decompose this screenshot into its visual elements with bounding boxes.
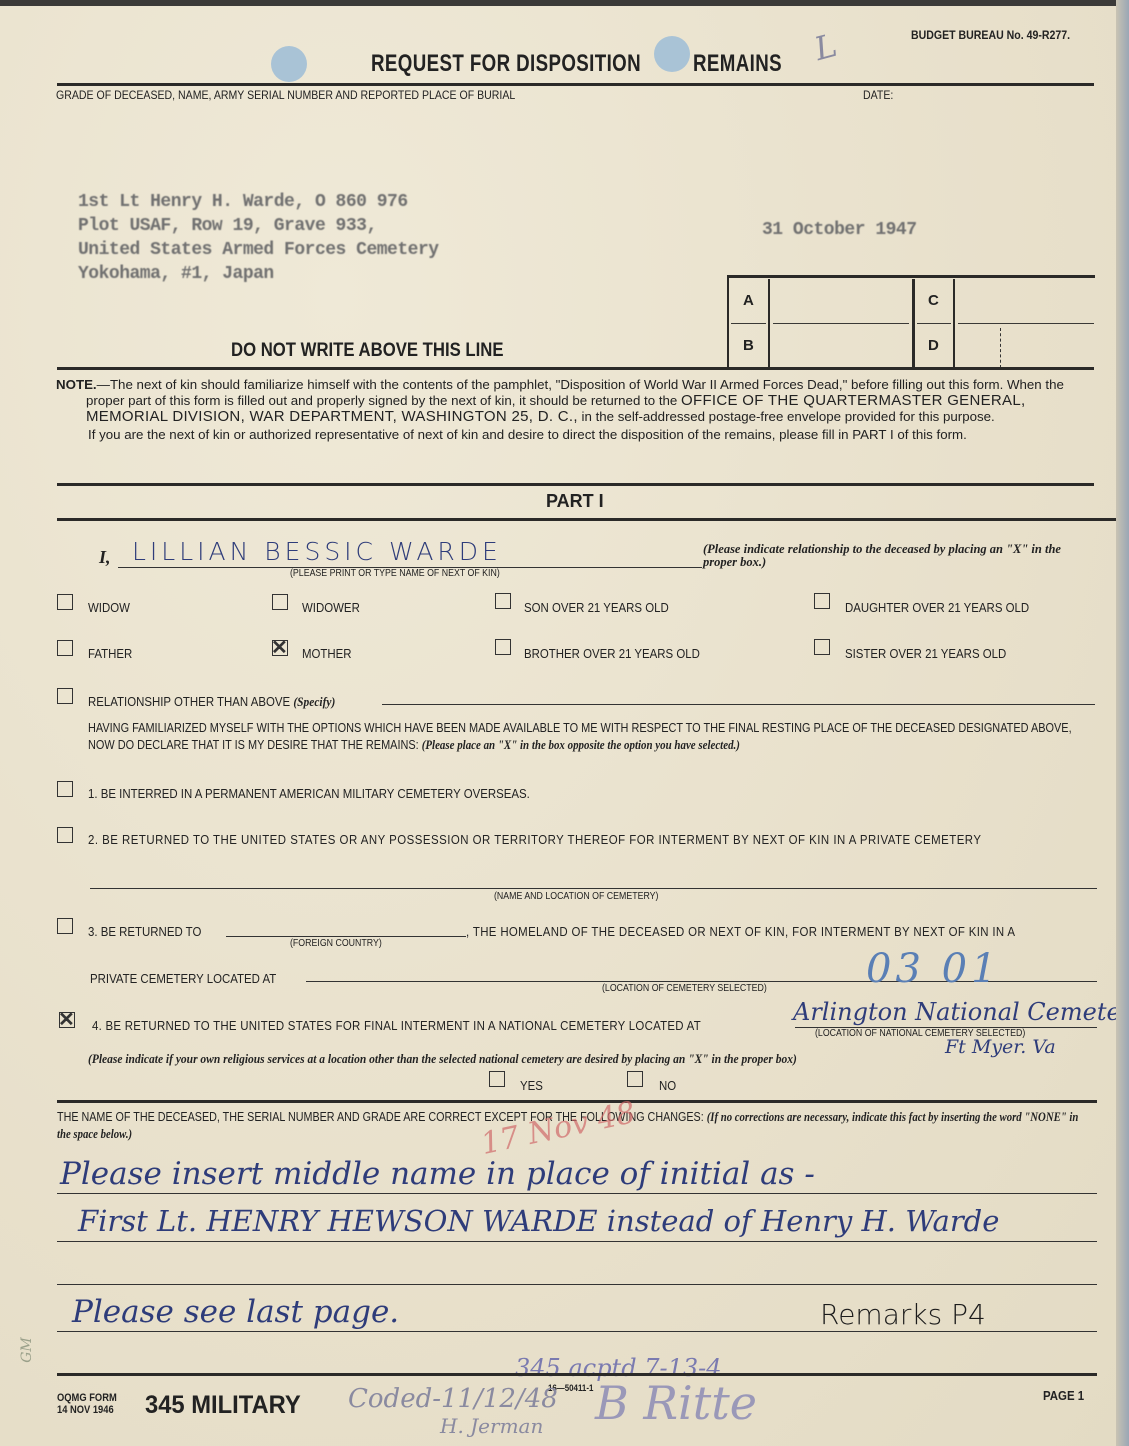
i-prefix: I, [99, 547, 111, 568]
next-of-kin-caption: (PLEASE PRINT OR TYPE NAME OF NEXT OF KI… [290, 568, 500, 579]
other-relationship-text: RELATIONSHIP OTHER THAN ABOVE [88, 694, 290, 709]
punch-hole-left [271, 46, 307, 82]
no-checkbox[interactable] [627, 1071, 643, 1087]
widower-checkbox[interactable] [272, 594, 288, 610]
deceased-line: 1st Lt Henry H. Warde, O 860 976 [78, 190, 439, 214]
deceased-details: 1st Lt Henry H. Warde, O 860 976 Plot US… [78, 190, 439, 286]
note-instruction: If you are the next of kin or authorized… [56, 427, 1096, 443]
widower-label: WIDOWER [302, 600, 360, 615]
mother-checkbox[interactable] [272, 640, 288, 656]
code-mark: 03 01 [866, 946, 1001, 992]
brother-label: BROTHER OVER 21 YEARS OLD [524, 646, 700, 661]
note-block: NOTE.—The next of kin should familiarize… [56, 377, 1096, 443]
option-3-label-a: 3. BE RETURNED TO [88, 924, 201, 939]
punch-hole-right [654, 36, 690, 72]
red-date-mark: 17 Nov 48 [478, 1095, 639, 1162]
other-relationship-checkbox[interactable] [57, 688, 73, 704]
widow-label: WIDOW [88, 600, 130, 615]
sister-label: SISTER OVER 21 YEARS OLD [845, 646, 1006, 661]
footer-rule [57, 1373, 1097, 1376]
correction-line-2: First Lt. HENRY HEWSON WARDE instead of … [78, 1204, 999, 1238]
correction-line-3: Please see last page. [72, 1294, 399, 1330]
option-3-label-b: , THE HOMELAND OF THE DECEASED OR NEXT O… [466, 924, 1015, 939]
office-box-top [727, 275, 1095, 278]
option-1-checkbox[interactable] [57, 781, 73, 797]
declaration: HAVING FAMILIARIZED MYSELF WITH THE OPTI… [88, 719, 1096, 753]
option-2-caption: (NAME AND LOCATION OF CEMETERY) [494, 891, 658, 902]
office-box-left [727, 276, 729, 368]
correction-line-4-field[interactable] [57, 1331, 1097, 1332]
deceased-line: Yokohama, #1, Japan [78, 262, 439, 286]
checkmark: L [810, 26, 840, 68]
form-id: OQMG FORM 14 NOV 1946 [57, 1392, 117, 1416]
part-rule-bottom [57, 518, 1117, 521]
foreign-country-caption: (FOREIGN COUNTRY) [290, 938, 382, 949]
paper-edge [1116, 0, 1129, 1446]
foreign-country-field[interactable] [226, 936, 466, 937]
corrections-rule [57, 1100, 1097, 1103]
specify-text: (Specify) [293, 694, 335, 709]
option-3-checkbox[interactable] [57, 918, 73, 934]
header-rule [57, 83, 1094, 86]
father-label: FATHER [88, 646, 132, 661]
footer-name-annotation: H. Jerman [440, 1414, 543, 1438]
office-box-row [917, 323, 951, 324]
office-box-middle [912, 279, 915, 367]
date-label: DATE: [863, 88, 893, 102]
correction-line-1: Please insert middle name in place of in… [60, 1156, 815, 1192]
mother-label: MOTHER [302, 646, 352, 661]
relationship-instruction: (Please indicate relationship to the dec… [703, 543, 1098, 569]
office-box-dashed [1000, 328, 1001, 368]
correction-line-1-field[interactable] [57, 1193, 1097, 1194]
religious-instruction: (Please indicate if your own religious s… [88, 1052, 797, 1067]
option-3-label-c: PRIVATE CEMETERY LOCATED AT [90, 971, 276, 986]
office-box-divider [768, 279, 770, 367]
form-label-top: OQMG FORM [57, 1392, 117, 1404]
margin-mark: GM [19, 1337, 35, 1363]
do-not-write-rule [57, 367, 1094, 370]
page-number: PAGE 1 [1043, 1388, 1084, 1403]
other-relationship-label: RELATIONSHIP OTHER THAN ABOVE (Specify) [88, 694, 335, 710]
option-4-checkbox[interactable] [59, 1012, 75, 1028]
widow-checkbox[interactable] [57, 594, 73, 610]
option-4-label: 4. BE RETURNED TO THE UNITED STATES FOR … [92, 1018, 701, 1033]
part-title: PART I [546, 491, 604, 512]
cell-d: D [928, 337, 939, 354]
note-text-2: in the self-addressed postage-free envel… [578, 409, 995, 424]
correction-line-3-field[interactable] [57, 1284, 1097, 1285]
yes-checkbox[interactable] [489, 1071, 505, 1087]
form-number: 345 MILITARY [145, 1391, 301, 1420]
office-box-row [958, 323, 1094, 324]
form-label-bottom: 14 NOV 1946 [57, 1404, 117, 1416]
form-title-left: REQUEST FOR DISPOSITION [371, 50, 641, 78]
deceased-info-label: GRADE OF DECEASED, NAME, ARMY SERIAL NUM… [56, 88, 515, 102]
son-checkbox[interactable] [495, 593, 511, 609]
father-checkbox[interactable] [57, 640, 73, 656]
correction-line-2-field[interactable] [57, 1241, 1097, 1242]
footer-signature: B Ritte [595, 1376, 757, 1430]
other-relationship-field[interactable] [382, 703, 1095, 705]
budget-bureau-number: BUDGET BUREAU No. 49-R277. [911, 28, 1070, 42]
remarks-note: Remarks P4 [820, 1298, 986, 1331]
yes-label: YES [520, 1078, 543, 1093]
next-of-kin-name-field[interactable]: LILLIAN BESSIC WARDE [118, 537, 702, 568]
location-caption: (LOCATION OF CEMETERY SELECTED) [602, 983, 767, 994]
footer-coded-annotation: Coded-11/12/48 [348, 1384, 558, 1414]
national-cemetery-value-2: Ft Myer. Va [945, 1036, 1056, 1058]
option-1-label: 1. BE INTERRED IN A PERMANENT AMERICAN M… [88, 786, 530, 801]
option-2-cemetery-field[interactable] [90, 888, 1097, 889]
form-title-right: REMAINS [693, 50, 782, 78]
deceased-line: Plot USAF, Row 19, Grave 933, [78, 214, 439, 238]
cell-a: A [743, 292, 754, 309]
deceased-line: United States Armed Forces Cemetery [78, 238, 439, 262]
option-2-label: 2. BE RETURNED TO THE UNITED STATES OR A… [88, 832, 981, 847]
office-box-divider-2 [953, 279, 955, 367]
part-rule-top [57, 483, 1094, 486]
note-lead: NOTE. [56, 377, 97, 392]
national-cemetery-value: Arlington National Cemetery [793, 998, 1129, 1026]
cell-b: B [743, 337, 754, 354]
no-label: NO [659, 1078, 676, 1093]
do-not-write-notice: DO NOT WRITE ABOVE THIS LINE [231, 340, 503, 362]
declaration-instruction: (Please place an "X" in the box opposite… [422, 737, 740, 752]
sister-checkbox[interactable] [814, 639, 830, 655]
daughter-label: DAUGHTER OVER 21 YEARS OLD [845, 600, 1029, 615]
son-label: SON OVER 21 YEARS OLD [524, 600, 669, 615]
option-2-checkbox[interactable] [57, 827, 73, 843]
form-date: 31 October 1947 [762, 218, 917, 242]
next-of-kin-name: LILLIAN BESSIC WARDE [132, 537, 502, 566]
office-box-row [731, 323, 766, 324]
daughter-checkbox[interactable] [814, 593, 830, 609]
office-box-row [773, 323, 909, 324]
form-page: BUDGET BUREAU No. 49-R277. L REQUEST FOR… [0, 6, 1118, 1446]
brother-checkbox[interactable] [495, 639, 511, 655]
cell-c: C [928, 292, 939, 309]
